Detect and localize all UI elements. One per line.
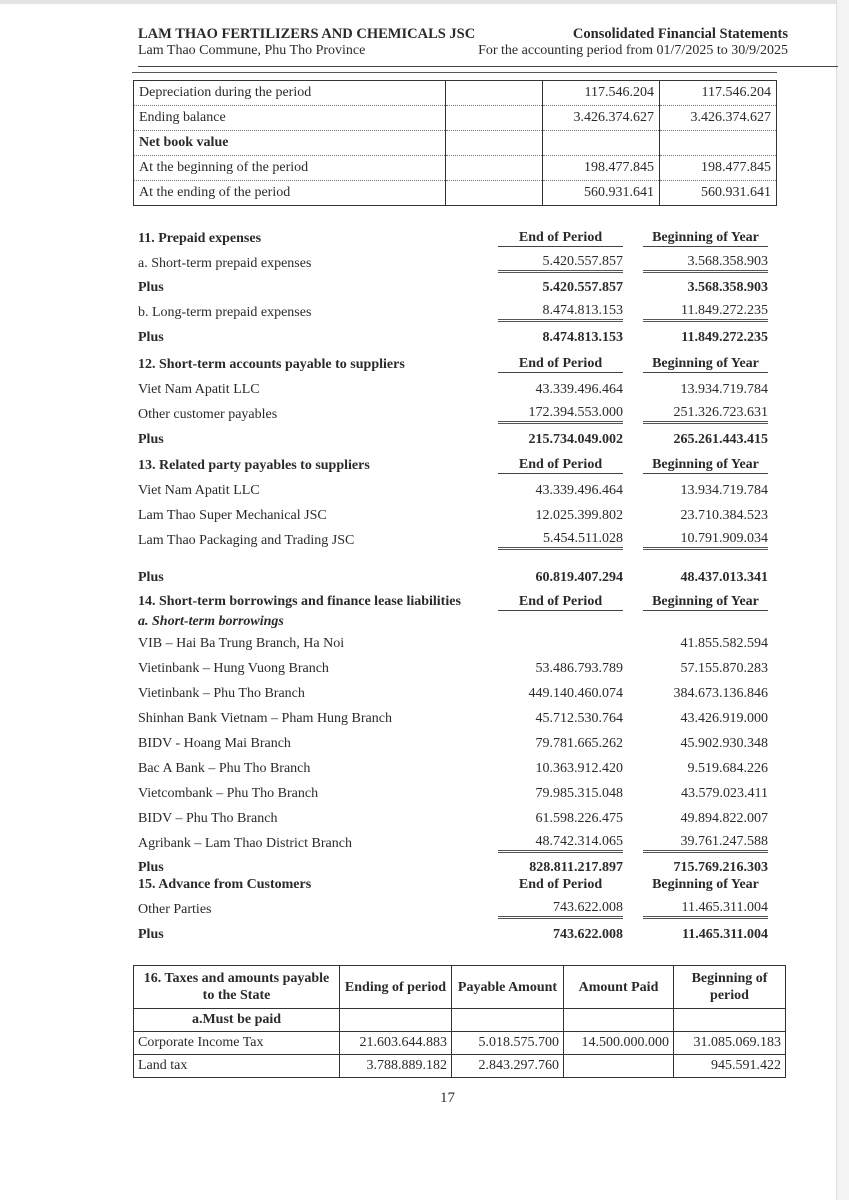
row-label: Depreciation during the period xyxy=(134,81,446,106)
table-row: BIDV - Hoang Mai Branch79.781.665.26245.… xyxy=(138,731,768,756)
header-rule-2 xyxy=(132,72,777,73)
value-end: 43.339.496.464 xyxy=(498,382,623,398)
company-address: Lam Thao Commune, Phu Tho Province xyxy=(138,43,365,59)
col-header-item: 16. Taxes and amounts payable to the Sta… xyxy=(134,966,340,1009)
row-blank xyxy=(446,81,543,106)
value-beginning: 945.591.422 xyxy=(674,1055,786,1078)
section-header: 14. Short-term borrowings and finance le… xyxy=(138,591,768,613)
table-row: a. Short-term prepaid expenses 5.420.557… xyxy=(138,251,768,276)
row-label: Bac A Bank – Phu Tho Branch xyxy=(138,761,498,777)
row-blank xyxy=(446,156,543,181)
value-ending: 3.788.889.182 xyxy=(340,1055,452,1078)
value-begin: 41.855.582.594 xyxy=(643,636,768,652)
table-row: Corporate Income Tax21.603.644.8835.018.… xyxy=(134,1032,786,1055)
section-header: 15. Advance from Customers End of Period… xyxy=(138,873,768,897)
value-begin: 45.902.930.348 xyxy=(643,736,768,752)
table-row: VIB – Hai Ba Trung Branch, Ha Noi41.855.… xyxy=(138,631,768,656)
value-end: 48.742.314.065 xyxy=(498,834,623,853)
value-cell: 117.546.204 xyxy=(660,81,777,106)
value-cell: 198.477.845 xyxy=(543,156,660,181)
col-header-paid: Amount Paid xyxy=(564,966,674,1009)
total-row: Plus 743.622.008 11.465.311.004 xyxy=(138,922,768,947)
table-row: Agribank – Lam Thao District Branch48.74… xyxy=(138,831,768,856)
value-cell: 3.426.374.627 xyxy=(543,106,660,131)
value-end: 10.363.912.420 xyxy=(498,761,623,777)
table-row: b. Long-term prepaid expenses 8.474.813.… xyxy=(138,300,768,325)
row-blank xyxy=(446,181,543,206)
row-label: At the ending of the period xyxy=(134,181,446,206)
value-end: 743.622.008 xyxy=(498,900,623,919)
document-title: Consolidated Financial Statements xyxy=(573,26,788,43)
row-label: BIDV – Phu Tho Branch xyxy=(138,811,498,827)
value-payable: 5.018.575.700 xyxy=(452,1032,564,1055)
value-end: 12.025.399.802 xyxy=(498,508,623,524)
section-title: 15. Advance from Customers xyxy=(138,877,498,893)
value-cell: 198.477.845 xyxy=(660,156,777,181)
section-prepaid-expenses: 11. Prepaid expenses End of Period Begin… xyxy=(138,226,768,350)
row-label: At the beginning of the period xyxy=(134,156,446,181)
table-row: Vietcombank – Phu Tho Branch79.985.315.0… xyxy=(138,781,768,806)
section-accounts-payable: 12. Short-term accounts payable to suppl… xyxy=(138,352,768,452)
col-beginning-of-year: Beginning of Year xyxy=(643,230,768,247)
table-row: Viet Nam Apatit LLC43.339.496.46413.934.… xyxy=(138,377,768,402)
table-row: Vietinbank – Phu Tho Branch449.140.460.0… xyxy=(138,681,768,706)
value-begin: 13.934.719.784 xyxy=(643,483,768,499)
col-header-beginning: Beginning of period xyxy=(674,966,786,1009)
total-row: Plus 60.819.407.294 48.437.013.341 xyxy=(138,565,768,590)
row-label: Viet Nam Apatit LLC xyxy=(138,382,498,398)
table-row: Other customer payables172.394.553.00025… xyxy=(138,402,768,427)
row-label: Ending balance xyxy=(134,106,446,131)
accounting-period: For the accounting period from 01/7/2025… xyxy=(478,43,788,59)
value-begin: 11.465.311.004 xyxy=(643,900,768,919)
company-name: LAM THAO FERTILIZERS AND CHEMICALS JSC xyxy=(138,26,475,43)
section-header: 13. Related party payables to suppliers … xyxy=(138,453,768,478)
value-begin: 43.426.919.000 xyxy=(643,711,768,727)
fixed-asset-table: Depreciation during the period117.546.20… xyxy=(133,80,777,206)
value-beginning: 31.085.069.183 xyxy=(674,1032,786,1055)
scan-right-edge xyxy=(836,0,849,1200)
section-title: 11. Prepaid expenses xyxy=(138,231,498,247)
subtotal-row: Plus 5.420.557.857 3.568.358.903 xyxy=(138,276,768,300)
table-row: Viet Nam Apatit LLC43.339.496.46413.934.… xyxy=(138,478,768,503)
table-row: Bac A Bank – Phu Tho Branch10.363.912.42… xyxy=(138,756,768,781)
section-title: 13. Related party payables to suppliers xyxy=(138,458,498,474)
table-row: Vietinbank – Hung Vuong Branch53.486.793… xyxy=(138,656,768,681)
table-row: At the ending of the period560.931.64156… xyxy=(134,181,777,206)
row-blank xyxy=(446,131,543,156)
value-cell: 560.931.641 xyxy=(660,181,777,206)
table-row: Lam Thao Packaging and Trading JSC5.454.… xyxy=(138,528,768,553)
page-number: 17 xyxy=(440,1090,455,1107)
header-rule xyxy=(138,66,838,67)
row-label: Lam Thao Super Mechanical JSC xyxy=(138,508,498,524)
value-end: 449.140.460.074 xyxy=(498,686,623,702)
table-row: Net book value xyxy=(134,131,777,156)
scan-top-edge xyxy=(0,0,849,4)
section-advance-from-customers: 15. Advance from Customers End of Period… xyxy=(138,873,768,947)
row-label: Vietcombank – Phu Tho Branch xyxy=(138,786,498,802)
value-end: 79.985.315.048 xyxy=(498,786,623,802)
section-short-term-borrowings: 14. Short-term borrowings and finance le… xyxy=(138,591,768,880)
row-label: Net book value xyxy=(134,131,446,156)
value-begin: 384.673.136.846 xyxy=(643,686,768,702)
row-label: Corporate Income Tax xyxy=(134,1032,340,1055)
subsection-title: a. Short-term borrowings xyxy=(138,613,768,631)
col-end-of-period: End of Period xyxy=(498,230,623,247)
table-row: Depreciation during the period117.546.20… xyxy=(134,81,777,106)
value-end: 5.454.511.028 xyxy=(498,531,623,550)
value-begin: 13.934.719.784 xyxy=(643,382,768,398)
page-header: LAM THAO FERTILIZERS AND CHEMICALS JSC C… xyxy=(138,26,788,59)
table-row: Shinhan Bank Vietnam – Pham Hung Branch4… xyxy=(138,706,768,731)
value-end: 43.339.496.464 xyxy=(498,483,623,499)
table-header-row: 16. Taxes and amounts payable to the Sta… xyxy=(134,966,786,1009)
row-label: Other Parties xyxy=(138,902,498,918)
table-row: At the beginning of the period198.477.84… xyxy=(134,156,777,181)
section-header: 12. Short-term accounts payable to suppl… xyxy=(138,352,768,377)
row-label: BIDV - Hoang Mai Branch xyxy=(138,736,498,752)
col-header-payable: Payable Amount xyxy=(452,966,564,1009)
value-end: 45.712.530.764 xyxy=(498,711,623,727)
row-label: Lam Thao Packaging and Trading JSC xyxy=(138,533,498,549)
value-end: 172.394.553.000 xyxy=(498,405,623,424)
row-label: Agribank – Lam Thao District Branch xyxy=(138,836,498,852)
subheader-row: a.Must be paid xyxy=(134,1009,786,1032)
value-begin: 57.155.870.283 xyxy=(643,661,768,677)
value-begin: 10.791.909.034 xyxy=(643,531,768,550)
table-row: Lam Thao Super Mechanical JSC12.025.399.… xyxy=(138,503,768,528)
subtotal-row: Plus 8.474.813.153 11.849.272.235 xyxy=(138,325,768,350)
row-label: Vietinbank – Phu Tho Branch xyxy=(138,686,498,702)
section-header: 11. Prepaid expenses End of Period Begin… xyxy=(138,226,768,251)
value-ending: 21.603.644.883 xyxy=(340,1032,452,1055)
row-label: VIB – Hai Ba Trung Branch, Ha Noi xyxy=(138,636,498,652)
value-cell xyxy=(660,131,777,156)
taxes-payable-table: 16. Taxes and amounts payable to the Sta… xyxy=(133,965,786,1078)
table-row: Other Parties743.622.00811.465.311.004 xyxy=(138,897,768,922)
value-payable: 2.843.297.760 xyxy=(452,1055,564,1078)
value-begin: 43.579.023.411 xyxy=(643,786,768,802)
section-title: 12. Short-term accounts payable to suppl… xyxy=(138,357,498,373)
value-paid: 14.500.000.000 xyxy=(564,1032,674,1055)
row-label: Viet Nam Apatit LLC xyxy=(138,483,498,499)
row-label: Vietinbank – Hung Vuong Branch xyxy=(138,661,498,677)
row-blank xyxy=(446,106,543,131)
value-end: 53.486.793.789 xyxy=(498,661,623,677)
value-begin: 39.761.247.588 xyxy=(643,834,768,853)
value-begin: 23.710.384.523 xyxy=(643,508,768,524)
table-row: Land tax3.788.889.1822.843.297.760945.59… xyxy=(134,1055,786,1078)
row-label: Shinhan Bank Vietnam – Pham Hung Branch xyxy=(138,711,498,727)
value-cell xyxy=(543,131,660,156)
value-begin: 251.326.723.631 xyxy=(643,405,768,424)
total-row: Plus 215.734.049.002 265.261.443.415 xyxy=(138,427,768,452)
table-row: Ending balance3.426.374.6273.426.374.627 xyxy=(134,106,777,131)
value-cell: 560.931.641 xyxy=(543,181,660,206)
col-header-ending: Ending of period xyxy=(340,966,452,1009)
value-begin: 49.894.822.007 xyxy=(643,811,768,827)
value-cell: 117.546.204 xyxy=(543,81,660,106)
table-row: BIDV – Phu Tho Branch61.598.226.47549.89… xyxy=(138,806,768,831)
value-end: 61.598.226.475 xyxy=(498,811,623,827)
value-paid xyxy=(564,1055,674,1078)
section-title: 14. Short-term borrowings and finance le… xyxy=(138,594,498,610)
value-begin: 9.519.684.226 xyxy=(643,761,768,777)
section-related-party-payables: 13. Related party payables to suppliers … xyxy=(138,453,768,590)
row-label: Other customer payables xyxy=(138,407,498,423)
row-label: Land tax xyxy=(134,1055,340,1078)
value-cell: 3.426.374.627 xyxy=(660,106,777,131)
value-end: 79.781.665.262 xyxy=(498,736,623,752)
